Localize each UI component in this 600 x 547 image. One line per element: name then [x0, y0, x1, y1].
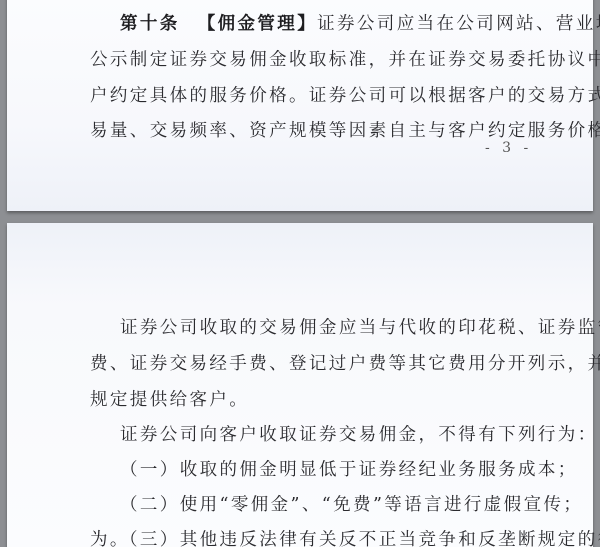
list-item: （三）其他违反法律有关反不正当竞争和反垄断规定的行	[120, 530, 600, 547]
text-line: 户约定具体的服务价格。证券公司可以根据客户的交易方式、交	[90, 86, 600, 106]
text-line: 证券公司向客户收取证券交易佣金，不得有下列行为：	[120, 425, 598, 445]
text-line: 规定提供给客户。	[90, 390, 249, 410]
text-line: 证券公司收取的交易佣金应当与代收的印花税、证券监管	[120, 318, 600, 338]
text-line: 为。	[90, 530, 130, 547]
text-line: 证券公司应当在公司网站、营业场所	[317, 14, 600, 34]
article-topic: 【佣金管理】	[198, 14, 317, 34]
article-heading: 第十条	[120, 14, 180, 34]
text-line: 易量、交易频率、资产规模等因素自主与客户约定服务价格。	[90, 121, 600, 141]
page-number: - 3 -	[485, 140, 532, 156]
list-item: （二）使用“零佣金”、“免费”等语言进行虚假宣传；	[120, 495, 583, 515]
document-page-4: 证券公司收取的交易佣金应当与代收的印花税、证券监管 费、证券交易经手费、登记过户…	[7, 223, 593, 547]
text-line: 公示制定证券交易佣金收取标准，并在证券交易委托协议中与客	[90, 50, 600, 70]
article-first-line: 第十条【佣金管理】证券公司应当在公司网站、营业场所	[120, 14, 600, 34]
list-item: （一）收取的佣金明显低于证券经纪业务服务成本；	[120, 460, 578, 480]
document-page-3: 第十条【佣金管理】证券公司应当在公司网站、营业场所 公示制定证券交易佣金收取标准…	[7, 0, 593, 211]
text-line: 费、证券交易经手费、登记过户费等其它费用分开列示，并按照	[90, 354, 600, 374]
